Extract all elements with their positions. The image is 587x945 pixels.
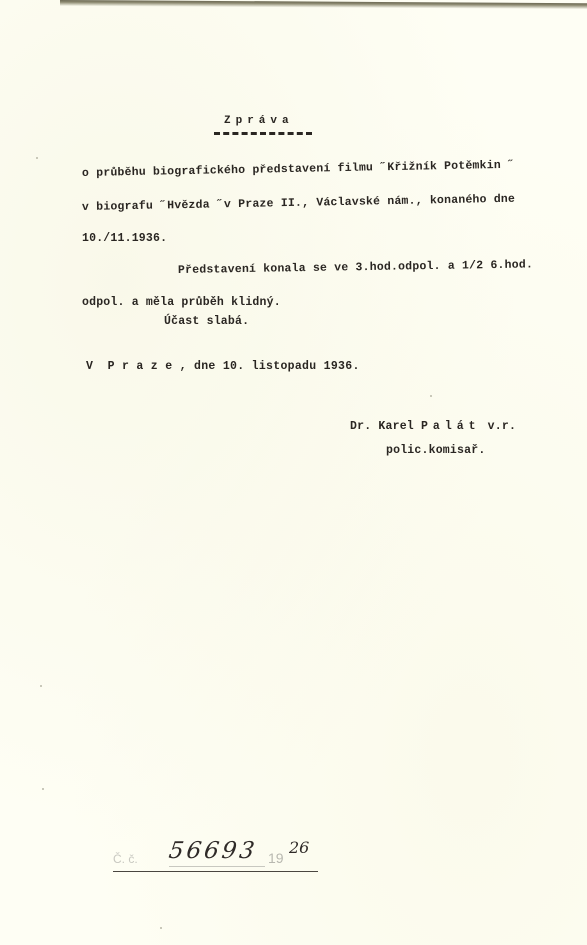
document-page: Zpráva o průběhu biografického představe…: [0, 0, 587, 945]
registry-rule-faint: [169, 866, 265, 867]
signature-surname: Palát: [421, 420, 481, 433]
page-top-edge: [60, 0, 587, 9]
signature-prefix: Dr. Karel: [350, 420, 414, 433]
paper-speck: [36, 157, 38, 159]
document-title: Zpráva: [224, 115, 294, 127]
registry-rule: [113, 871, 318, 872]
registry-prefix: Č. č.: [113, 852, 138, 866]
paper-speck: [40, 685, 42, 687]
registry-stamp: Č. č. 56693 19 26: [113, 838, 328, 878]
title-underline: [214, 132, 312, 135]
signature-role: polic.komisař.: [386, 444, 485, 457]
paper-speck: [160, 927, 162, 929]
signature-name: Dr. Karel Palát v.r.: [350, 420, 516, 433]
paper-speck: [42, 788, 44, 790]
place-date: V P r a z e , dne 10. listopadu 1936.: [86, 360, 360, 373]
paragraph2-line-1: Představení konala se ve 3.hod.odpol. a …: [178, 258, 533, 277]
registry-year: 26: [289, 838, 309, 857]
paper-speck: [430, 395, 432, 397]
body-line-3: 10./11.1936.: [82, 232, 167, 245]
paragraph2-line-3: Účast slabá.: [164, 315, 249, 328]
date: dne 10. listopadu 1936.: [194, 360, 360, 373]
signature-suffix: v.r.: [488, 420, 516, 433]
body-line-2: v biografu ˝Hvězda ˝v Praze II., Václavs…: [82, 193, 515, 214]
paragraph2-line-2: odpol. a měla průběh klidný.: [82, 296, 281, 309]
registry-number: 56693: [167, 838, 259, 864]
registry-year-prefix: 19: [268, 850, 284, 866]
place: V P r a z e ,: [86, 360, 187, 373]
body-line-1: o průběhu biografického představení film…: [82, 159, 515, 180]
